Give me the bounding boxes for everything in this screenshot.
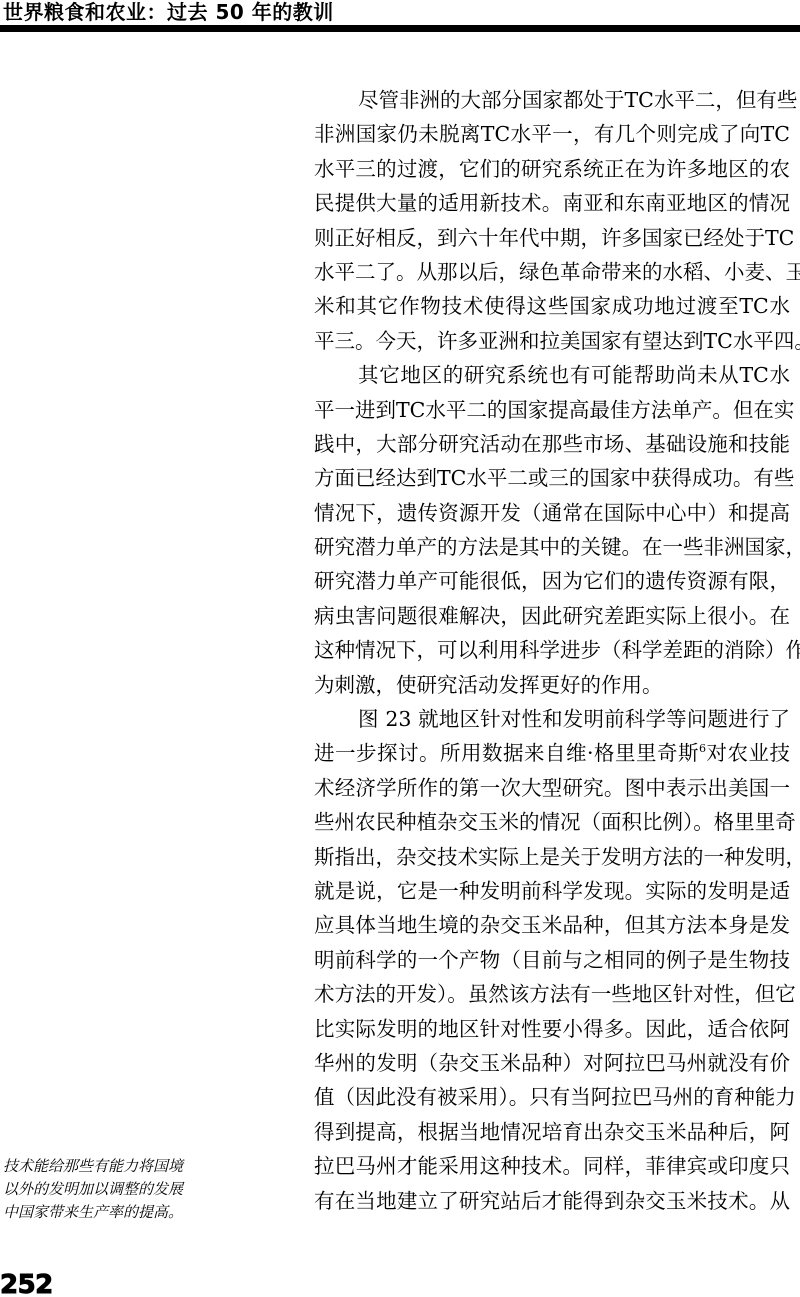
text-line: 民提供大量的适用新技术。南亚和东南亚地区的情况 bbox=[314, 186, 790, 220]
text-line: 践中，大部分研究活动在那些市场、基础设施和技能 bbox=[314, 427, 790, 461]
text-line: 术经济学所作的第一次大型研究。图中表示出美国一 bbox=[314, 771, 790, 805]
margin-note-line: 技术能给那些有能力将国境 bbox=[3, 1155, 243, 1178]
text-line: 病虫害问题很难解决，因此研究差距实际上很小。在 bbox=[314, 599, 790, 633]
text-line: 水平二了。从那以后，绿色革命带来的水稻、小麦、玉 bbox=[314, 255, 790, 289]
page-number: 252 bbox=[0, 1271, 53, 1297]
text-line: 米和其它作物技术使得这些国家成功地过渡至TC水 bbox=[314, 289, 790, 323]
text-line: 有在当地建立了研究站后才能得到杂交玉米技术。从 bbox=[314, 1184, 790, 1218]
margin-pull-quote: 技术能给那些有能力将国境 以外的发明加以调整的发展 中国家带来生产率的提高。 bbox=[3, 1155, 243, 1224]
paragraph: 其它地区的研究系统也有可能帮助尚未从TC水 平一进到TC水平二的国家提高最佳方法… bbox=[314, 358, 790, 702]
paragraph: 尽管非洲的大部分国家都处于TC水平二，但有些 非洲国家仍未脱离TC水平一，有几个… bbox=[314, 83, 790, 358]
margin-note-line: 中国家带来生产率的提高。 bbox=[3, 1201, 243, 1224]
text-line: 情况下，遗传资源开发（通常在国际中心中）和提高 bbox=[314, 496, 790, 530]
text-line: 斯指出，杂交技术实际上是关于发明方法的一种发明， bbox=[314, 840, 790, 874]
text-line: 方面已经达到TC水平二或三的国家中获得成功。有些 bbox=[314, 461, 790, 495]
text-line: 其它地区的研究系统也有可能帮助尚未从TC水 bbox=[314, 358, 790, 392]
footnote-marker: 6 bbox=[699, 742, 706, 755]
text-line: 值（因此没有被采用）。只有当阿拉巴马州的育种能力 bbox=[314, 1080, 790, 1114]
text-line: 图 23 就地区针对性和发明前科学等问题进行了 bbox=[314, 702, 790, 736]
paragraph: 图 23 就地区针对性和发明前科学等问题进行了 进一步探讨。所用数据来自维·格里… bbox=[314, 702, 790, 1218]
text-line: 则正好相反，到六十年代中期，许多国家已经处于TC bbox=[314, 221, 790, 255]
text-segment: 对农业技 bbox=[706, 741, 790, 765]
header-rule bbox=[0, 25, 800, 32]
text-line: 就是说，它是一种发明前科学发现。实际的发明是适 bbox=[314, 874, 790, 908]
text-line: 为刺激，使研究活动发挥更好的作用。 bbox=[314, 668, 790, 702]
text-line: 平一进到TC水平二的国家提高最佳方法单产。但在实 bbox=[314, 393, 790, 427]
margin-note-line: 以外的发明加以调整的发展 bbox=[3, 1178, 243, 1201]
text-line: 这种情况下，可以利用科学进步（科学差距的消除）作 bbox=[314, 633, 790, 667]
text-line: 术方法的开发）。虽然该方法有一些地区针对性，但它 bbox=[314, 977, 790, 1011]
running-header-title: 世界粮食和农业：过去 50 年的教训 bbox=[3, 0, 334, 24]
text-line: 非洲国家仍未脱离TC水平一，有几个则完成了向TC bbox=[314, 117, 790, 151]
text-line: 拉巴马州才能采用这种技术。同样，菲律宾或印度只 bbox=[314, 1149, 790, 1183]
text-line: 平三。今天，许多亚洲和拉美国家有望达到TC水平四。 bbox=[314, 324, 790, 358]
text-line: 水平三的过渡，它们的研究系统正在为许多地区的农 bbox=[314, 152, 790, 186]
text-line: 应具体当地生境的杂交玉米品种，但其方法本身是发 bbox=[314, 908, 790, 942]
text-line: 研究潜力单产的方法是其中的关键。在一些非洲国家， bbox=[314, 530, 790, 564]
text-line: 明前科学的一个产物（目前与之相同的例子是生物技 bbox=[314, 943, 790, 977]
text-line: 研究潜力单产可能很低，因为它们的遗传资源有限， bbox=[314, 564, 790, 598]
text-line-with-footnote: 进一步探讨。所用数据来自维·格里里奇斯6对农业技 bbox=[314, 736, 790, 770]
text-line: 尽管非洲的大部分国家都处于TC水平二，但有些 bbox=[314, 83, 790, 117]
text-segment: 进一步探讨。所用数据来自维·格里里奇斯 bbox=[314, 741, 699, 765]
text-line: 比实际发明的地区针对性要小得多。因此，适合依阿 bbox=[314, 1012, 790, 1046]
body-text-column: 尽管非洲的大部分国家都处于TC水平二，但有些 非洲国家仍未脱离TC水平一，有几个… bbox=[314, 83, 790, 1218]
text-line: 华州的发明（杂交玉米品种）对阿拉巴马州就没有价 bbox=[314, 1046, 790, 1080]
text-line: 些州农民种植杂交玉米的情况（面积比例）。格里里奇 bbox=[314, 805, 790, 839]
text-line: 得到提高，根据当地情况培育出杂交玉米品种后，阿 bbox=[314, 1115, 790, 1149]
